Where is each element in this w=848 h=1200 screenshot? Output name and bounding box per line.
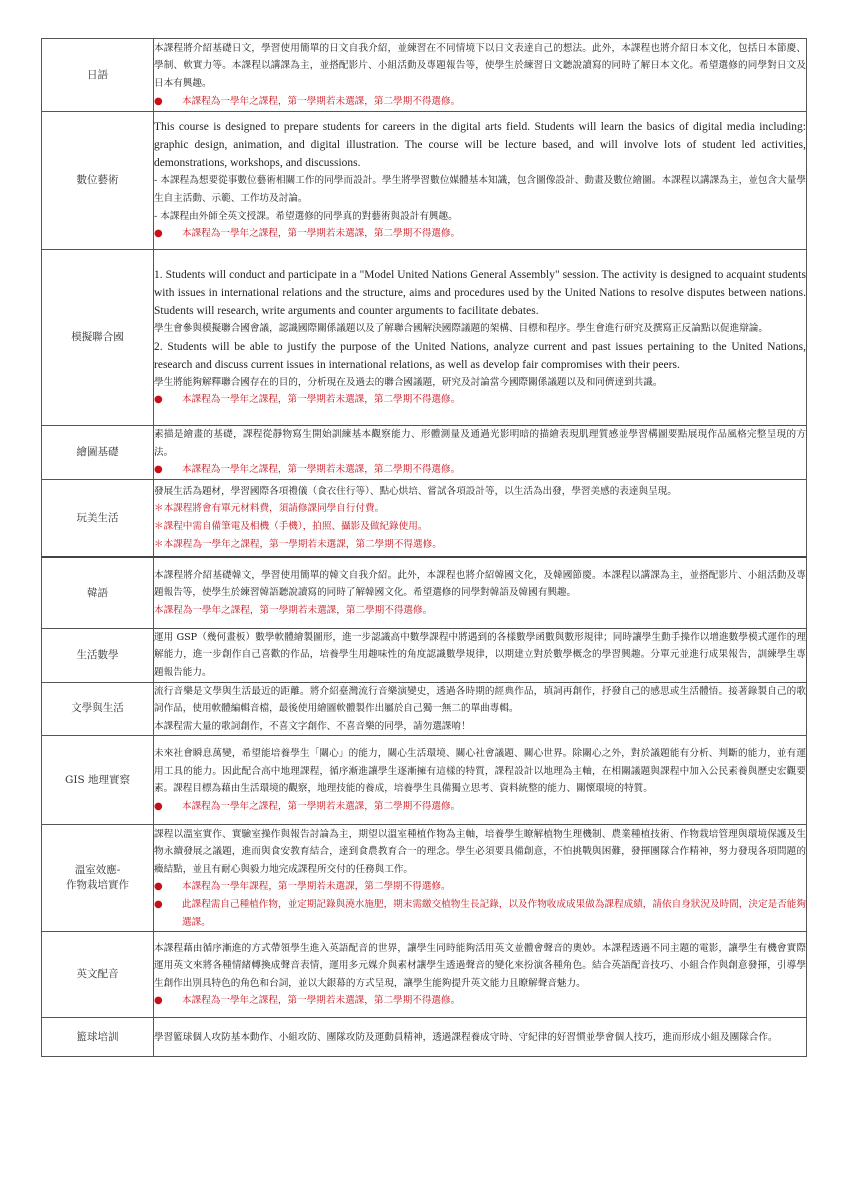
note-bullet: ●本課程為一學年之課程，第一學期若未選課，第二學期不得選修。 — [154, 93, 806, 111]
bullet-icon: ● — [154, 798, 182, 816]
course-description: 1. Students will conduct and participate… — [154, 250, 807, 426]
course-description: 流行音樂是文學與生活最近的距離。將介紹臺灣流行音樂演變史，透過各時期的經典作品，… — [154, 682, 807, 736]
description-paragraph: 發展生活為題材，學習國際各項禮儀（食衣住行等）、點心烘培、嘗試各項設計等，以生活… — [154, 483, 806, 501]
course-name: 籃球培訓 — [42, 1018, 154, 1057]
course-row-drawing-basics: 繪圖基礎 素描是繪畫的基礎，課程從靜物寫生開始訓練基本觀察能力、形體測量及通過光… — [42, 426, 807, 480]
description-paragraph: 本課程將介紹基礎日文，學習使用簡單的日文自我介紹，並練習在不同情境下以日文表達自… — [154, 40, 806, 93]
course-row-english-dubbing: 英文配音 本課程藉由循序漸進的方式帶領學生進入英語配音的世界，讓學生同時能夠活用… — [42, 932, 807, 1018]
course-description: 本課程將介紹基礎韓文，學習使用簡單的韓文自我介紹。此外，本課程也將介紹韓國文化，… — [154, 557, 807, 628]
description-paragraph: 本課程將介紹基礎韓文，學習使用簡單的韓文自我介紹。此外，本課程也將介紹韓國文化，… — [154, 567, 806, 602]
description-paragraph: - 本課程為想要從事數位藝術相關工作的同學而設計。學生將學習數位媒體基本知識，包… — [154, 172, 806, 207]
note-text: ＊本課程為一學年之課程，第一學期若未選課，第二學期不得選修。 — [154, 536, 806, 554]
course-table: 日語 本課程將介紹基礎日文，學習使用簡單的日文自我介紹，並練習在不同情境下以日文… — [41, 38, 807, 1057]
bullet-icon: ● — [154, 896, 182, 914]
description-paragraph: 2. Students will be able to justify the … — [154, 338, 806, 374]
course-row-perfect-life: 玩美生活 發展生活為題材，學習國際各項禮儀（食衣住行等）、點心烘培、嘗試各項設計… — [42, 479, 807, 557]
course-row-literature-life: 文學與生活 流行音樂是文學與生活最近的距離。將介紹臺灣流行音樂演變史，透過各時期… — [42, 682, 807, 736]
course-name: 英文配音 — [42, 932, 154, 1018]
description-paragraph: 本課程需大量的歌詞創作，不喜文字創作、不喜音樂的同學，請勿選課唷！ — [154, 718, 806, 736]
course-description: 課程以溫室實作、實驗室操作與報告討論為主，期望以溫室種植作物為主軸，培養學生瞭解… — [154, 825, 807, 932]
description-paragraph: 學生會參與模擬聯合國會議，認識國際關係議題以及了解聯合國解決國際議題的架構、目標… — [154, 320, 806, 338]
bullet-icon: ● — [154, 461, 182, 479]
course-name: 模擬聯合國 — [42, 250, 154, 426]
course-row-model-un: 模擬聯合國 1. Students will conduct and parti… — [42, 250, 807, 426]
note-bullet: ●本課程為一學年之課程，第一學期若未選課，第二學期不得選修。 — [154, 461, 806, 479]
description-paragraph: 學生將能夠解釋聯合國存在的目的，分析現在及過去的聯合國議題，研究及討論當今國際關… — [154, 374, 806, 392]
course-name: 玩美生活 — [42, 479, 154, 557]
course-row-gis-geography: GIS 地理實察 未來社會瞬息萬變，希望能培養學生「關心」的能力，關心生活環境、… — [42, 736, 807, 825]
course-name: 日語 — [42, 39, 154, 112]
course-description: 素描是繪畫的基礎，課程從靜物寫生開始訓練基本觀察能力、形體測量及通過光影明暗的描… — [154, 426, 807, 480]
course-name: 溫室效應- 作物栽培實作 — [42, 825, 154, 932]
course-name: 韓語 — [42, 557, 154, 628]
description-paragraph: 本課程藉由循序漸進的方式帶領學生進入英語配音的世界，讓學生同時能夠活用英文並體會… — [154, 940, 806, 993]
note-bullet: ●此課程需自己種植作物，並定期記錄與澆水施肥，期末需繳交植物生長記錄，以及作物收… — [154, 896, 806, 931]
description-paragraph: 流行音樂是文學與生活最近的距離。將介紹臺灣流行音樂演變史，透過各時期的經典作品，… — [154, 683, 806, 718]
course-description: 運用 GSP（幾何畫板）數學軟體繪製圖形，進一步認識高中數學課程中將遇到的各樣數… — [154, 628, 807, 682]
course-row-korean: 韓語 本課程將介紹基礎韓文，學習使用簡單的韓文自我介紹。此外，本課程也將介紹韓國… — [42, 557, 807, 628]
bullet-icon: ● — [154, 878, 182, 896]
description-paragraph: 1. Students will conduct and participate… — [154, 266, 806, 320]
course-name: 數位藝術 — [42, 112, 154, 250]
note-bullet: ●本課程為一學年之課程，第一學期若未選課，第二學期不得選修。 — [154, 798, 806, 816]
bullet-icon: ● — [154, 225, 182, 243]
note-text: ＊本課程將會有單元材料費，須請修課同學自行付費。 — [154, 500, 806, 518]
description-paragraph: 未來社會瞬息萬變，希望能培養學生「關心」的能力，關心生活環境、關心社會議題、關心… — [154, 745, 806, 798]
course-description: 未來社會瞬息萬變，希望能培養學生「關心」的能力，關心生活環境、關心社會議題、關心… — [154, 736, 807, 825]
course-name: 繪圖基礎 — [42, 426, 154, 480]
bullet-icon: ● — [154, 992, 182, 1010]
course-name: 生活數學 — [42, 628, 154, 682]
course-row-digital-art: 數位藝術 This course is designed to prepare … — [42, 112, 807, 250]
course-description: 本課程將介紹基礎日文，學習使用簡單的日文自我介紹，並練習在不同情境下以日文表達自… — [154, 39, 807, 112]
description-paragraph: 運用 GSP（幾何畫板）數學軟體繪製圖形，進一步認識高中數學課程中將遇到的各樣數… — [154, 629, 806, 682]
note-text: ＊課程中需自備筆電及相機（手機），拍照、攝影及做紀錄使用。 — [154, 518, 806, 536]
description-paragraph: 學習籃球個人攻防基本動作、小組攻防、團隊攻防及運動員精神，透過課程養成守時、守紀… — [154, 1029, 806, 1047]
course-description: 學習籃球個人攻防基本動作、小組攻防、團隊攻防及運動員精神，透過課程養成守時、守紀… — [154, 1018, 807, 1057]
note-bullet: ●本課程為一學年課程，第一學期若未選課，第二學期不得選修。 — [154, 878, 806, 896]
note-bullet: ●本課程為一學年之課程，第一學期若未選課，第二學期不得選修。 — [154, 391, 806, 409]
bullet-icon: ● — [154, 93, 182, 111]
course-description: 本課程藉由循序漸進的方式帶領學生進入英語配音的世界，讓學生同時能夠活用英文並體會… — [154, 932, 807, 1018]
description-paragraph: 課程以溫室實作、實驗室操作與報告討論為主，期望以溫室種植作物為主軸，培養學生瞭解… — [154, 826, 806, 879]
course-row-japanese: 日語 本課程將介紹基礎日文，學習使用簡單的日文自我介紹，並練習在不同情境下以日文… — [42, 39, 807, 112]
note-bullet: ●本課程為一學年之課程，第一學期若未選課，第二學期不得選修。 — [154, 225, 806, 243]
course-name: GIS 地理實察 — [42, 736, 154, 825]
description-paragraph: This course is designed to prepare stude… — [154, 118, 806, 172]
course-row-life-math: 生活數學 運用 GSP（幾何畫板）數學軟體繪製圖形，進一步認識高中數學課程中將遇… — [42, 628, 807, 682]
description-paragraph: - 本課程由外師全英文授課。希望選修的同學真的對藝術與設計有興趣。 — [154, 208, 806, 226]
course-row-basketball: 籃球培訓 學習籃球個人攻防基本動作、小組攻防、團隊攻防及運動員精神，透過課程養成… — [42, 1018, 807, 1057]
course-description: This course is designed to prepare stude… — [154, 112, 807, 250]
bullet-icon: ● — [154, 391, 182, 409]
description-paragraph: 素描是繪畫的基礎，課程從靜物寫生開始訓練基本觀察能力、形體測量及通過光影明暗的描… — [154, 426, 806, 461]
course-description: 發展生活為題材，學習國際各項禮儀（食衣住行等）、點心烘培、嘗試各項設計等，以生活… — [154, 479, 807, 557]
note-text: 本課程為一學年之課程，第一學期若未選課，第二學期不得選修。 — [154, 602, 806, 620]
course-name: 文學與生活 — [42, 682, 154, 736]
note-bullet: ●本課程為一學年之課程，第一學期若未選課，第二學期不得選修。 — [154, 992, 806, 1010]
course-row-greenhouse-crops: 溫室效應- 作物栽培實作 課程以溫室實作、實驗室操作與報告討論為主，期望以溫室種… — [42, 825, 807, 932]
